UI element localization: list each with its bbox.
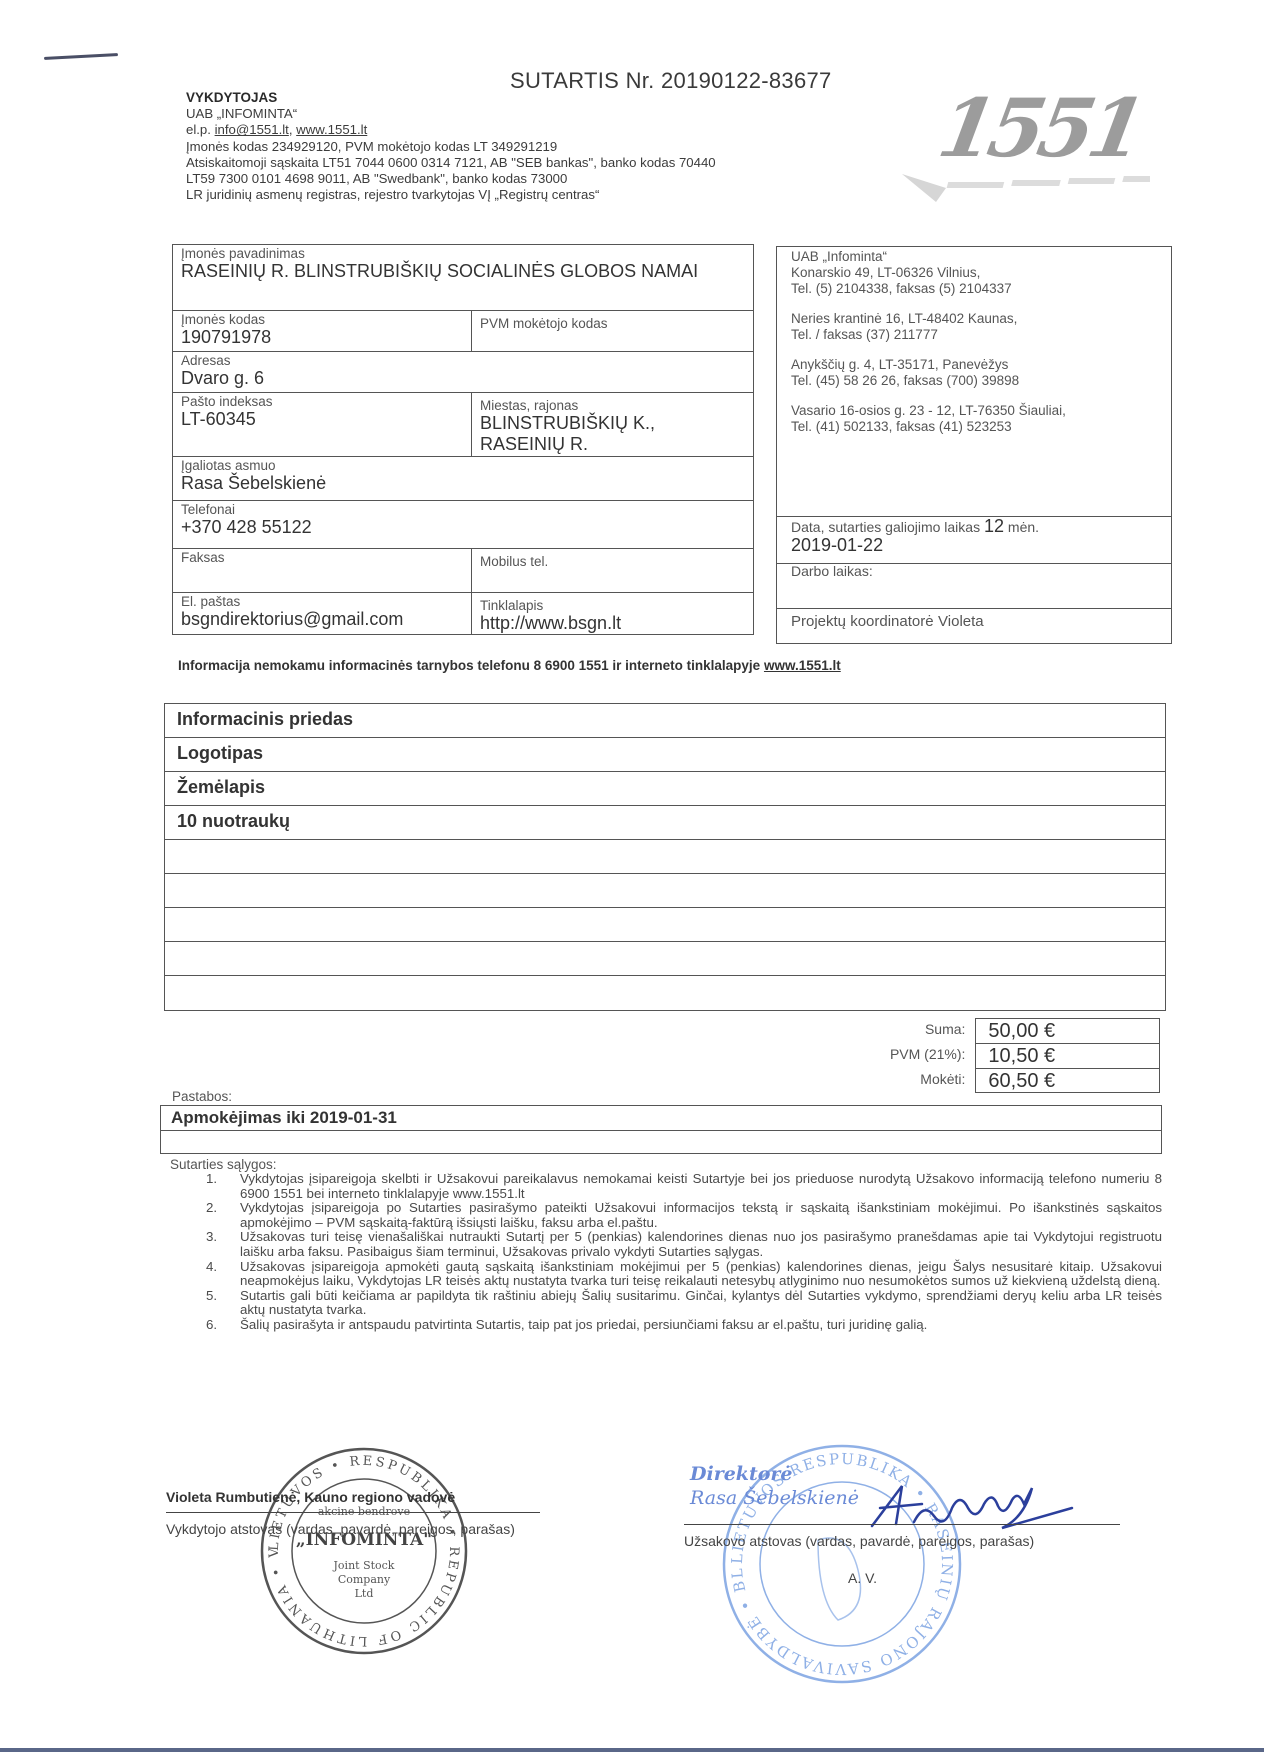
item-row: 10 nuotraukų xyxy=(165,806,1165,840)
condition-number: 2. xyxy=(206,1201,217,1216)
website-cell: Tinklalapis http://www.bsgn.lt xyxy=(472,593,754,635)
vendor-heading: VYKDYTOJAS xyxy=(186,90,716,106)
validity-row: Data, sutarties galiojimo laikas 12 mėn.… xyxy=(777,517,1171,564)
contract-date: 2019-01-22 xyxy=(791,535,1157,556)
total-value: 60,50 € xyxy=(975,1068,1160,1093)
website-label: Tinklalapis xyxy=(480,594,745,613)
condition-text: Šalių pasirašyta ir antspaudu patvirtint… xyxy=(240,1317,927,1332)
vendor-account-1: Atsiskaitomoji sąskaita LT51 7044 0600 0… xyxy=(186,155,716,171)
vat-code-label: PVM mokėtojo kodas xyxy=(480,312,745,331)
fax-label: Faksas xyxy=(181,550,463,565)
condition-text: Vykdytojas įsipareigoja po Sutarties pas… xyxy=(240,1200,1162,1230)
authorized-value: Rasa Šebelskienė xyxy=(181,473,745,494)
total-value: 10,50 € xyxy=(975,1043,1160,1068)
mobile-cell: Mobilus tel. xyxy=(472,549,754,593)
company-code-value: 190791978 xyxy=(181,327,463,348)
logo-1551: 1551 xyxy=(900,88,1180,218)
vendor-block: VYKDYTOJAS UAB „INFOMINTA“ el.p. info@15… xyxy=(186,90,716,203)
condition-number: 3. xyxy=(206,1230,217,1245)
item-row xyxy=(165,976,1165,1010)
svg-text:Joint Stock: Joint Stock xyxy=(333,1559,395,1572)
phones-value: +370 428 55122 xyxy=(181,517,745,538)
vendor-name: UAB „INFOMINTA“ xyxy=(186,106,716,122)
validity-months: 12 xyxy=(984,516,1004,536)
validity-label: Data, sutarties galiojimo laikas xyxy=(791,519,980,535)
postal-value: LT-60345 xyxy=(181,409,463,430)
vat-code-cell: PVM mokėtojo kodas xyxy=(472,311,754,352)
company-code-label: Įmonės kodas xyxy=(181,312,463,327)
vendor-signer-name: Violeta Rumbutienė, Kauno regiono vadovė xyxy=(166,1489,455,1505)
coordinator-name: Violeta xyxy=(938,613,984,630)
total-value: 50,00 € xyxy=(975,1018,1160,1043)
total-row-sum: Suma: 50,00 € xyxy=(860,1018,1160,1043)
client-signer-title: Direktorė xyxy=(690,1462,859,1486)
mobile-label: Mobilus tel. xyxy=(480,550,745,569)
notes-label: Pastabos: xyxy=(172,1089,232,1104)
condition-number: 1. xyxy=(206,1172,217,1187)
total-label: PVM (21%): xyxy=(860,1043,975,1068)
work-hours-label: Darbo laikas: xyxy=(791,564,1157,579)
item-row xyxy=(165,942,1165,976)
company-name-label: Įmonės pavadinimas xyxy=(181,246,745,261)
office-phone: Tel. (41) 502133, faksas (41) 523253 xyxy=(791,419,1012,434)
condition-item: 2.Vykdytojas įsipareigoja po Sutarties p… xyxy=(200,1201,1162,1230)
postal-label: Pašto indeksas xyxy=(181,394,463,409)
vendor-codes: Įmonės kodas 234929120, PVM mokėtojo kod… xyxy=(186,139,716,155)
total-label: Suma: xyxy=(860,1018,975,1043)
condition-number: 6. xyxy=(206,1318,217,1333)
conditions-list: 1.Vykdytojas įsipareigoja skelbti ir Užs… xyxy=(200,1172,1162,1333)
vendor-signature-caption: Vykdytojo atstovas (vardas, pavardė, par… xyxy=(166,1521,515,1537)
vendor-registry: LR juridinių asmenų registras, rejestro … xyxy=(186,187,716,203)
authorized-cell: Įgaliotas asmuo Rasa Šebelskienė xyxy=(173,457,754,501)
offices-list: UAB „Infominta“ Konarskio 49, LT-06326 V… xyxy=(777,247,1171,517)
city-value: BLINSTRUBIŠKIŲ K., RASEINIŲ R. xyxy=(480,413,680,455)
office-address: Anykščių g. 4, LT-35171, Panevėžys xyxy=(791,357,1008,372)
condition-text: Užsakovas įsipareigoja apmokėti gautą są… xyxy=(240,1259,1162,1289)
address-value: Dvaro g. 6 xyxy=(181,368,745,389)
email-cell: El. paštas bsgndirektorius@gmail.com xyxy=(173,593,472,635)
item-row xyxy=(165,874,1165,908)
coordinator-row: Projektų koordinatorė Violeta xyxy=(777,609,1171,653)
vendor-contacts: el.p. info@1551.lt, www.1551.lt xyxy=(186,122,716,138)
vendor-signature-line xyxy=(166,1512,540,1513)
phones-cell: Telefonai +370 428 55122 xyxy=(173,501,754,549)
item-row: Informacinis priedas xyxy=(165,704,1165,738)
info-line-link[interactable]: www.1551.lt xyxy=(764,658,841,673)
office-vilnius: Konarskio 49, LT-06326 Vilnius,Tel. (5) … xyxy=(791,265,1157,297)
condition-item: 1.Vykdytojas įsipareigoja skelbti ir Užs… xyxy=(200,1172,1162,1201)
condition-number: 5. xyxy=(206,1289,217,1304)
vendor-account-2: LT59 7300 0101 4698 9011, AB "Swedbank",… xyxy=(186,171,716,187)
vendor-offices-box: UAB „Infominta“ Konarskio 49, LT-06326 V… xyxy=(776,246,1172,644)
handwritten-signature-icon xyxy=(862,1478,1082,1538)
item-row: Logotipas xyxy=(165,738,1165,772)
condition-text: Užsakovas turi teisę vienašališkai nutra… xyxy=(240,1229,1162,1259)
fax-cell: Faksas xyxy=(173,549,472,593)
item-row xyxy=(165,908,1165,942)
svg-text:Company: Company xyxy=(338,1573,391,1586)
company-name-cell: Įmonės pavadinimas RASEINIŲ R. BLINSTRUB… xyxy=(173,245,754,311)
address-label: Adresas xyxy=(181,353,745,368)
condition-text: Sutartis gali būti keičiama ar papildyta… xyxy=(240,1288,1162,1318)
office-panevezys: Anykščių g. 4, LT-35171, PanevėžysTel. (… xyxy=(791,357,1157,389)
condition-text: Vykdytojas įsipareigoja skelbti ir Užsak… xyxy=(240,1171,1162,1201)
address-cell: Adresas Dvaro g. 6 xyxy=(173,352,754,393)
phones-label: Telefonai xyxy=(181,502,745,517)
company-name-value: RASEINIŲ R. BLINSTRUBIŠKIŲ SOCIALINĖS GL… xyxy=(181,261,745,282)
company-code-cell: Įmonės kodas 190791978 xyxy=(173,311,472,352)
work-hours-row: Darbo laikas: xyxy=(777,564,1171,609)
conditions-label: Sutarties sąlygos: xyxy=(170,1157,277,1172)
logo-text: 1551 xyxy=(933,88,1146,168)
coordinator-label: Projektų koordinatorė xyxy=(791,613,934,630)
email-prefix: el.p. xyxy=(186,122,215,137)
office-phone: Tel. (45) 58 26 26, faksas (700) 39898 xyxy=(791,373,1019,388)
seal-mark: A. V. xyxy=(848,1570,877,1586)
office-phone: Tel. / faksas (37) 211777 xyxy=(791,327,938,342)
client-info-table: Įmonės pavadinimas RASEINIŲ R. BLINSTRUB… xyxy=(172,244,754,635)
item-row xyxy=(165,840,1165,874)
total-row-vat: PVM (21%): 10,50 € xyxy=(860,1043,1160,1068)
authorized-label: Įgaliotas asmuo xyxy=(181,458,745,473)
condition-item: 3.Užsakovas turi teisę vienašališkai nut… xyxy=(200,1230,1162,1259)
postal-cell: Pašto indeksas LT-60345 xyxy=(173,393,472,457)
total-row-pay: Mokėti: 60,50 € xyxy=(860,1068,1160,1093)
vendor-email-link[interactable]: info@1551.lt xyxy=(215,122,289,137)
office-address: Neries krantinė 16, LT-48402 Kaunas, xyxy=(791,311,1017,326)
condition-item: 5.Sutartis gali būti keičiama ar papildy… xyxy=(200,1289,1162,1318)
info-line: Informacija nemokamu informacinės tarnyb… xyxy=(178,658,841,673)
office-address: Konarskio 49, LT-06326 Vilnius, xyxy=(791,265,980,280)
email-value: bsgndirektorius@gmail.com xyxy=(181,609,463,630)
email-label: El. paštas xyxy=(181,594,463,609)
notes-empty-row xyxy=(161,1131,1161,1153)
condition-item: 6.Šalių pasirašyta ir antspaudu patvirti… xyxy=(200,1318,1162,1333)
client-signature-caption: Užsakovo atstovas (vardas, pavardė, pare… xyxy=(684,1533,1034,1549)
vendor-website-link[interactable]: www.1551.lt xyxy=(296,122,367,137)
office-kaunas: Neries krantinė 16, LT-48402 Kaunas,Tel.… xyxy=(791,311,1157,343)
client-signer-stamp: Direktorė Rasa Šebelskienė xyxy=(690,1462,859,1510)
office-address: Vasario 16-osios g. 23 - 12, LT-76350 Ši… xyxy=(791,403,1066,418)
scan-bottom-edge xyxy=(0,1748,1264,1752)
totals-table: Suma: 50,00 € PVM (21%): 10,50 € Mokėti:… xyxy=(860,1018,1160,1093)
website-value: http://www.bsgn.lt xyxy=(480,613,745,634)
condition-number: 4. xyxy=(206,1260,217,1275)
condition-item: 4.Užsakovas įsipareigoja apmokėti gautą … xyxy=(200,1260,1162,1289)
city-label: Miestas, rajonas xyxy=(480,394,745,413)
vendor-stamp-icon: LIETUVOS • RESPUBLIKA • REPUBLIC OF LITH… xyxy=(258,1445,470,1657)
scan-mark xyxy=(44,53,118,60)
office-siauliai: Vasario 16-osios g. 23 - 12, LT-76350 Ši… xyxy=(791,403,1157,435)
total-label: Mokėti: xyxy=(860,1068,975,1093)
items-table: Informacinis priedas Logotipas Žemėlapis… xyxy=(164,703,1166,1011)
validity-unit: mėn. xyxy=(1008,519,1039,535)
logo-swoosh-icon xyxy=(900,168,1150,208)
notes-box: Apmokėjimas iki 2019-01-31 xyxy=(160,1105,1162,1154)
item-row: Žemėlapis xyxy=(165,772,1165,806)
office-phone: Tel. (5) 2104338, faksas (5) 2104337 xyxy=(791,281,1012,296)
client-signer-name: Rasa Šebelskienė xyxy=(690,1486,859,1510)
svg-text:Ltd: Ltd xyxy=(355,1587,374,1600)
notes-text: Apmokėjimas iki 2019-01-31 xyxy=(161,1106,1161,1131)
offices-company: UAB „Infominta“ xyxy=(791,249,1157,265)
client-signature-line xyxy=(684,1524,1120,1525)
info-line-text: Informacija nemokamu informacinės tarnyb… xyxy=(178,658,764,673)
city-cell: Miestas, rajonas BLINSTRUBIŠKIŲ K., RASE… xyxy=(472,393,754,457)
